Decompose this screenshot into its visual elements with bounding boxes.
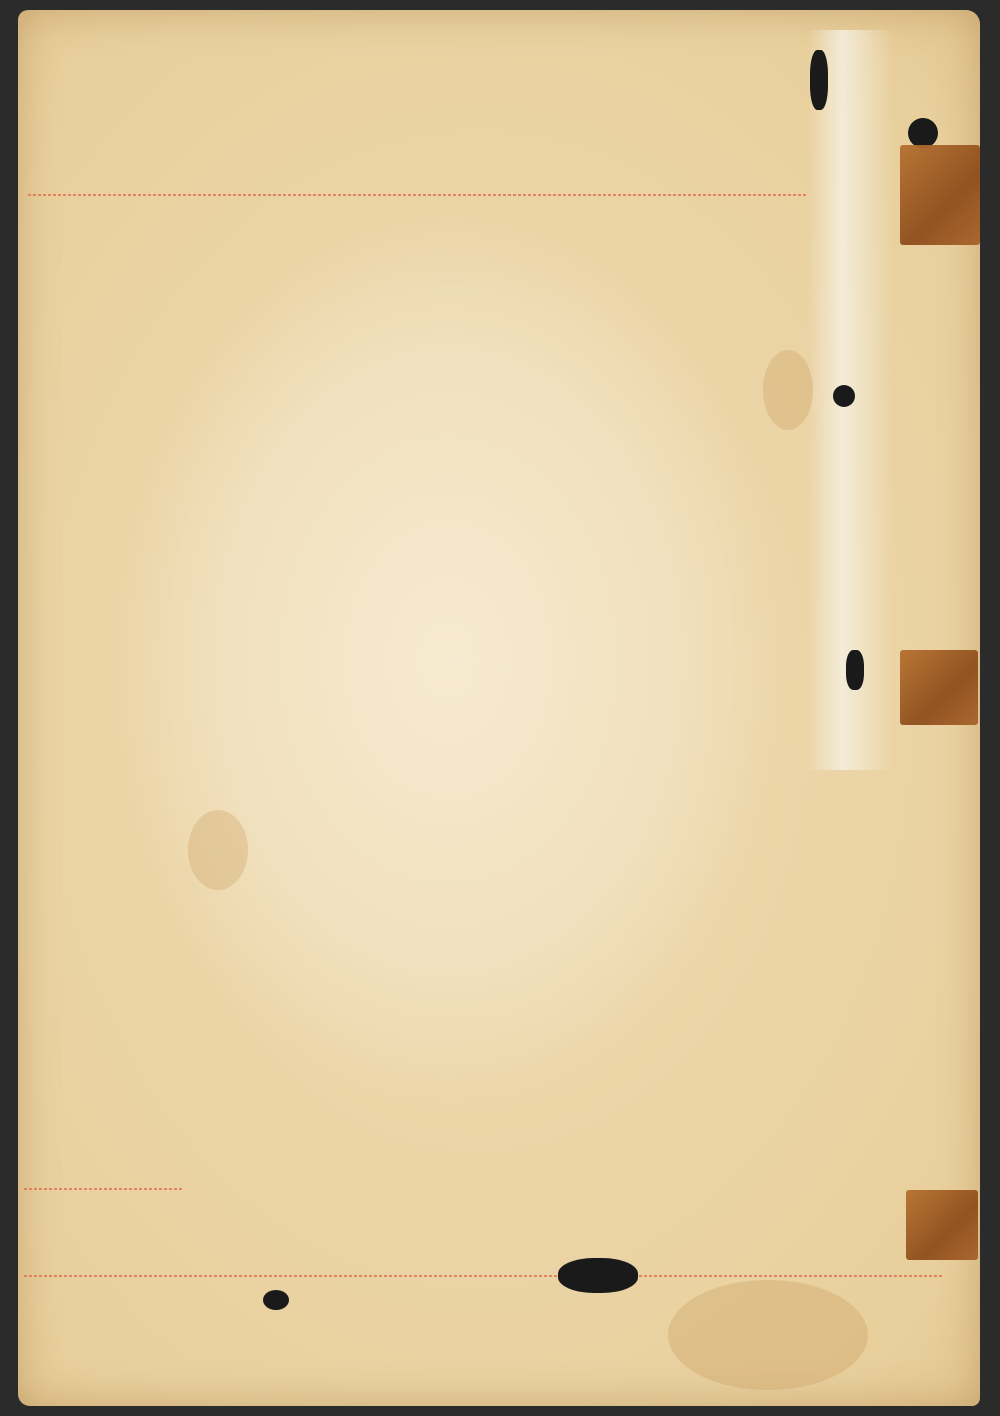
damage-spot: [558, 1258, 638, 1293]
damage-spot: [846, 650, 864, 690]
bottom-ruled-line-2: [24, 1275, 944, 1277]
tape-piece: [900, 145, 980, 245]
tape-piece: [900, 650, 978, 725]
damage-spot: [810, 50, 828, 110]
water-stain: [763, 350, 813, 430]
tape-piece: [906, 1190, 978, 1260]
water-stain: [188, 810, 248, 890]
paper-page: [18, 10, 980, 1406]
bottom-ruled-line-1: [24, 1188, 184, 1190]
top-ruled-line: [28, 194, 808, 196]
water-stain: [668, 1280, 868, 1390]
damage-spot: [263, 1290, 289, 1310]
binding-hole: [908, 118, 938, 148]
damage-spot: [833, 385, 855, 407]
